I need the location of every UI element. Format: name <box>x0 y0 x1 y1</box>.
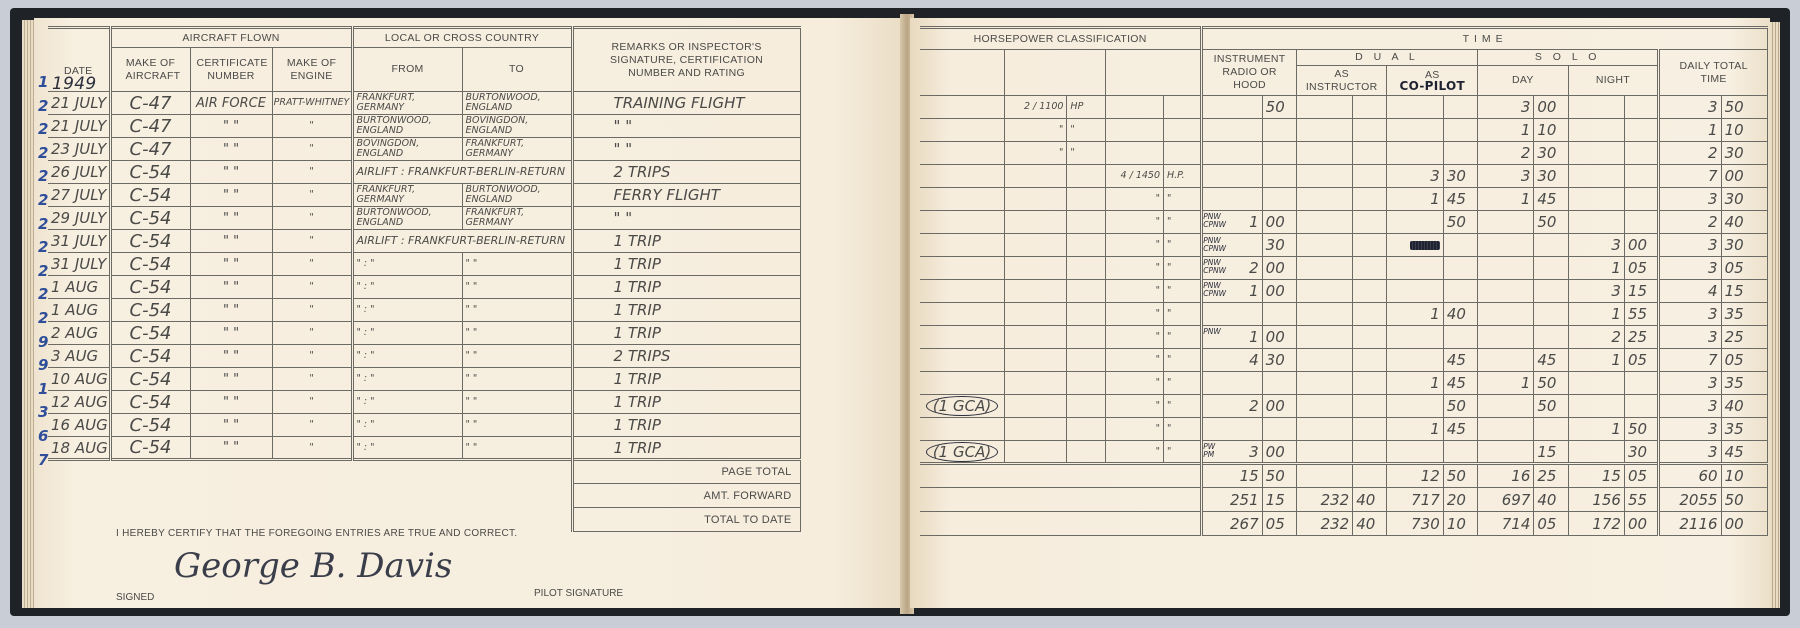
instrument-note: PNW CPNW <box>1203 237 1227 253</box>
cop-h-cell <box>1387 96 1443 119</box>
to-cell: BURTONWOOD, ENGLAND <box>462 92 572 115</box>
tot-h-cell: 3 <box>1659 188 1721 211</box>
hp-a-unit-cell <box>1067 211 1105 234</box>
hp-a-cell <box>1005 326 1067 349</box>
flight-entry-row: 3 AUGC-54" """ : "" "2 TRIPS <box>48 345 800 368</box>
instr-h-cell <box>1296 326 1352 349</box>
cop-h-cell <box>1387 326 1443 349</box>
time-entry-row: ""PNW CPNW1005050240 <box>920 211 1768 234</box>
cop-m-cell <box>1443 119 1477 142</box>
cop-m-cell <box>1443 234 1477 257</box>
engine-cell: " <box>272 437 352 460</box>
hp-b-unit-cell: " <box>1164 303 1202 326</box>
amt-forward-tot-h: 2055 <box>1659 488 1721 512</box>
right-page: HORSEPOWER CLASSIFICATION TIME INSTRUMEN… <box>910 18 1770 608</box>
night-h-cell: 1 <box>1568 303 1624 326</box>
certificate-cell: " " <box>190 138 272 161</box>
hp-b-cell: " <box>1105 418 1163 441</box>
day-h-cell <box>1478 234 1534 257</box>
cop-h-cell <box>1387 280 1443 303</box>
from-cell: AIRLIFT : FRANKFURT-BERLIN-RETURN <box>352 161 572 184</box>
hp-a-unit-cell: HP <box>1067 96 1105 119</box>
page-total-label: PAGE TOTAL <box>572 460 800 484</box>
flight-entry-row: 16 AUGC-54" """ : "" "1 TRIP <box>48 414 800 437</box>
aircraft-cell: C-54 <box>110 230 190 253</box>
flight-entry-row: 2 AUGC-54" """ : "" "1 TRIP <box>48 322 800 345</box>
amt-forward-day-h: 697 <box>1478 488 1534 512</box>
cop-h-cell <box>1387 395 1443 418</box>
amt-forward-instr-h: 232 <box>1296 488 1352 512</box>
certificate-cell: " " <box>190 437 272 460</box>
tot-m-cell: 45 <box>1721 441 1767 464</box>
remarks-cell: 1 TRIP <box>572 299 800 322</box>
aircraft-cell: C-54 <box>110 161 190 184</box>
instrument-hours: 2 <box>1249 259 1259 277</box>
from-cell: " : " <box>352 322 462 345</box>
inst-m-cell <box>1262 165 1296 188</box>
cop-m-cell <box>1443 257 1477 280</box>
total-to-date-tot-m: 00 <box>1721 512 1767 536</box>
inst-h-cell <box>1202 142 1262 165</box>
cop-m-cell: 45 <box>1443 418 1477 441</box>
cop-h-cell: 1 <box>1387 188 1443 211</box>
instr-m-cell <box>1353 257 1387 280</box>
aircraft-cell: C-54 <box>110 368 190 391</box>
hp-b-unit-cell: " <box>1164 395 1202 418</box>
instrument-hours: 1 <box>1249 282 1259 300</box>
inst-m-cell: 00 <box>1262 441 1296 464</box>
tot-h-cell: 4 <box>1659 280 1721 303</box>
instr-m-cell <box>1353 418 1387 441</box>
hp-note-cell <box>920 303 1005 326</box>
night-m-cell: 05 <box>1624 257 1658 280</box>
remarks-cell: TRAINING FLIGHT <box>572 92 800 115</box>
instr-h-cell <box>1296 395 1352 418</box>
instr-h-cell <box>1296 418 1352 441</box>
time-entry-row: ""4304545105705 <box>920 349 1768 372</box>
tot-m-cell: 35 <box>1721 418 1767 441</box>
total-to-date-instr-m: 40 <box>1353 512 1387 536</box>
certificate-cell: " " <box>190 161 272 184</box>
margin-tally-numbers: 12222222222991367 <box>38 73 52 474</box>
tot-m-cell: 35 <box>1721 303 1767 326</box>
engine-cell: " <box>272 299 352 322</box>
remarks-cell: 1 TRIP <box>572 437 800 460</box>
hp-a-unit-cell: " <box>1067 142 1105 165</box>
flight-entry-row: 12 AUGC-54" """ : "" "1 TRIP <box>48 391 800 414</box>
time-entry-row: ""140155335 <box>920 303 1768 326</box>
hp-a-cell <box>1005 211 1067 234</box>
night-h-cell <box>1568 165 1624 188</box>
hp-a-unit-cell <box>1067 165 1105 188</box>
hp-b-cell <box>1105 96 1163 119</box>
instr-h-cell <box>1296 165 1352 188</box>
total-to-date-night-m: 00 <box>1624 512 1658 536</box>
margin-number: 2 <box>38 262 52 286</box>
instrument-hours: 1 <box>1249 213 1259 231</box>
hp-note-cell <box>920 372 1005 395</box>
remarks-cell: 1 TRIP <box>572 276 800 299</box>
instr-m-cell <box>1353 211 1387 234</box>
cop-h-cell: 1 <box>1387 303 1443 326</box>
to-cell: FRANKFURT, GERMANY <box>462 207 572 230</box>
hp-b-cell: " <box>1105 349 1163 372</box>
inst-m-cell <box>1262 418 1296 441</box>
gca-note: (1 GCA) <box>926 442 998 462</box>
aircraft-flown-header: AIRCRAFT FLOWN <box>110 28 352 48</box>
engine-cell: " <box>272 368 352 391</box>
inst-h-cell: PNW CPNW <box>1202 234 1262 257</box>
inst-m-cell <box>1262 372 1296 395</box>
hp-note-cell: (1 GCA) <box>920 395 1005 418</box>
solo-header: S O L O <box>1478 50 1659 66</box>
engine-cell: " <box>272 253 352 276</box>
hp-b-unit-cell: " <box>1164 349 1202 372</box>
certification-statement: I HEREBY CERTIFY THAT THE FOREGOING ENTR… <box>116 528 517 539</box>
total-to-date-cop-m: 10 <box>1443 512 1477 536</box>
time-entry-row: ""145150335 <box>920 372 1768 395</box>
night-h-cell: 2 <box>1568 326 1624 349</box>
hp-b-unit-cell: " <box>1164 441 1202 464</box>
margin-number: 2 <box>38 144 52 168</box>
night-h-cell <box>1568 211 1624 234</box>
night-m-cell: 30 <box>1624 441 1658 464</box>
from-cell: " : " <box>352 368 462 391</box>
tot-h-cell: 3 <box>1659 303 1721 326</box>
amt-forward-instr-m: 40 <box>1353 488 1387 512</box>
instr-h-cell <box>1296 257 1352 280</box>
flight-entry-row: 29 JULYC-54" ""BURTONWOOD, ENGLANDFRANKF… <box>48 207 800 230</box>
date-cell: 12 AUG <box>48 391 110 414</box>
instr-h-cell <box>1296 188 1352 211</box>
certification-area <box>48 460 572 532</box>
time-entry-row: ""PNW100225325 <box>920 326 1768 349</box>
flight-entry-row: 31 JULYC-54" ""AIRLIFT : FRANKFURT-BERLI… <box>48 230 800 253</box>
time-entry-row: ""PNW CPNW30300330 <box>920 234 1768 257</box>
hp-b-unit-cell: " <box>1164 234 1202 257</box>
hp-b-cell: " <box>1105 372 1163 395</box>
hp-a-unit-cell <box>1067 234 1105 257</box>
certificate-number-header: CERTIFICATE NUMBER <box>190 48 272 92</box>
from-cell: AIRLIFT : FRANKFURT-BERLIN-RETURN <box>352 230 572 253</box>
certificate-cell: " " <box>190 299 272 322</box>
cop-h-cell <box>1387 234 1443 257</box>
hp-a-cell: 2 / 1100 <box>1005 96 1067 119</box>
hp-a-cell <box>1005 280 1067 303</box>
page-total-cop-h: 12 <box>1387 464 1443 488</box>
to-cell: " " <box>462 322 572 345</box>
to-cell: " " <box>462 391 572 414</box>
hp-note-cell <box>920 188 1005 211</box>
day-h-cell: 1 <box>1478 372 1534 395</box>
to-header: TO <box>462 48 572 92</box>
tot-m-cell: 30 <box>1721 142 1767 165</box>
flight-entry-row: 10 AUGC-54" """ : "" "1 TRIP <box>48 368 800 391</box>
certificate-cell: " " <box>190 368 272 391</box>
inst-h-cell: PW PM3 <box>1202 441 1262 464</box>
engine-cell: " <box>272 115 352 138</box>
day-m-cell: 45 <box>1534 349 1568 372</box>
night-h-cell: 1 <box>1568 257 1624 280</box>
margin-number: 7 <box>38 451 52 475</box>
hp-b-cell: " <box>1105 211 1163 234</box>
night-m-cell: 55 <box>1624 303 1658 326</box>
from-cell: BURTONWOOD, ENGLAND <box>352 207 462 230</box>
aircraft-cell: C-54 <box>110 437 190 460</box>
date-cell: 21 JULY <box>48 92 110 115</box>
day-m-cell: 10 <box>1534 119 1568 142</box>
page-total-inst-m: 50 <box>1262 464 1296 488</box>
as-copilot-header: AS CO-PILOT <box>1387 66 1478 96</box>
night-h-cell <box>1568 441 1624 464</box>
inst-m-cell: 30 <box>1262 349 1296 372</box>
margin-number: 2 <box>38 215 52 239</box>
inst-m-cell: 00 <box>1262 211 1296 234</box>
day-h-cell <box>1478 303 1534 326</box>
instr-m-cell <box>1353 234 1387 257</box>
to-cell: " " <box>462 414 572 437</box>
hp-b-cell: " <box>1105 395 1163 418</box>
engine-cell: " <box>272 207 352 230</box>
certificate-cell: " " <box>190 345 272 368</box>
tot-m-cell: 40 <box>1721 395 1767 418</box>
inst-m-cell: 00 <box>1262 326 1296 349</box>
inst-m-cell: 30 <box>1262 234 1296 257</box>
from-cell: " : " <box>352 414 462 437</box>
instrument-hours: 1 <box>1249 328 1259 346</box>
instrument-note: PNW <box>1203 328 1227 336</box>
day-h-cell <box>1478 441 1534 464</box>
night-m-cell: 15 <box>1624 280 1658 303</box>
as-instructor-header: AS INSTRUCTOR <box>1296 66 1387 96</box>
aircraft-cell: C-54 <box>110 345 190 368</box>
hp-a-unit-cell <box>1067 280 1105 303</box>
hp-b-unit-cell: " <box>1164 418 1202 441</box>
hp-a-cell: " <box>1005 119 1067 142</box>
flight-entry-row: 18 AUGC-54" """ : "" "1 TRIP <box>48 437 800 460</box>
instr-h-cell <box>1296 142 1352 165</box>
engine-cell: " <box>272 391 352 414</box>
aircraft-cell: C-54 <box>110 299 190 322</box>
instrument-note: PNW CPNW <box>1203 213 1227 229</box>
aircraft-cell: C-47 <box>110 138 190 161</box>
hp-b-cell <box>1105 142 1163 165</box>
date-cell: 3 AUG <box>48 345 110 368</box>
day-m-cell: 00 <box>1534 96 1568 119</box>
instr-m-cell <box>1353 142 1387 165</box>
instr-m-cell <box>1353 165 1387 188</box>
day-m-cell: 30 <box>1534 142 1568 165</box>
cop-h-cell <box>1387 142 1443 165</box>
total-to-date-cop-h: 730 <box>1387 512 1443 536</box>
to-cell: FRANKFURT, GERMANY <box>462 138 572 161</box>
certificate-cell: AIR FORCE <box>190 92 272 115</box>
certificate-cell: " " <box>190 230 272 253</box>
time-entry-row: ""PNW CPNW200105305 <box>920 257 1768 280</box>
cop-h-cell <box>1387 441 1443 464</box>
tot-m-cell: 50 <box>1721 96 1767 119</box>
from-cell: " : " <box>352 299 462 322</box>
cop-m-cell <box>1443 441 1477 464</box>
tot-m-cell: 05 <box>1721 349 1767 372</box>
hp-a-cell <box>1005 372 1067 395</box>
day-m-cell: 50 <box>1534 211 1568 234</box>
inst-m-cell: 00 <box>1262 280 1296 303</box>
hp-b-unit-cell: " <box>1164 257 1202 280</box>
inst-h-cell: 2 <box>1202 395 1262 418</box>
inst-h-cell: PNW1 <box>1202 326 1262 349</box>
instrument-hours: 3 <box>1249 443 1259 461</box>
remarks-cell: " " <box>572 207 800 230</box>
date-cell: 18 AUG <box>48 437 110 460</box>
tot-m-cell: 10 <box>1721 119 1767 142</box>
pilot-signature: George B. Davis <box>174 546 452 586</box>
instr-m-cell <box>1353 441 1387 464</box>
certificate-cell: " " <box>190 322 272 345</box>
amt-forward-cop-h: 717 <box>1387 488 1443 512</box>
night-m-cell <box>1624 372 1658 395</box>
cop-m-cell: 45 <box>1443 188 1477 211</box>
instrument-note: PNW CPNW <box>1203 259 1227 275</box>
hp-note-cell <box>920 257 1005 280</box>
remarks-cell: 2 TRIPS <box>572 345 800 368</box>
amt-forward-label: AMT. FORWARD <box>572 484 800 508</box>
hp-a-cell <box>1005 349 1067 372</box>
pilot-signature-label: PILOT SIGNATURE <box>534 588 623 599</box>
day-m-cell: 50 <box>1534 395 1568 418</box>
cop-m-cell <box>1443 326 1477 349</box>
aircraft-cell: C-54 <box>110 253 190 276</box>
instrument-header: INSTRUMENT RADIO OR HOOD <box>1202 50 1297 96</box>
inst-m-cell: 00 <box>1262 257 1296 280</box>
hp-b-cell: " <box>1105 441 1163 464</box>
flight-entry-row: 31 JULYC-54" """ : "" "1 TRIP <box>48 253 800 276</box>
engine-cell: " <box>272 414 352 437</box>
hp-a-cell <box>1005 303 1067 326</box>
cop-m-cell: 50 <box>1443 395 1477 418</box>
total-to-date-night-h: 172 <box>1568 512 1624 536</box>
tot-m-cell: 30 <box>1721 234 1767 257</box>
night-h-cell <box>1568 96 1624 119</box>
engine-cell: " <box>272 276 352 299</box>
date-cell: 23 JULY <box>48 138 110 161</box>
certificate-cell: " " <box>190 184 272 207</box>
hp-b-unit-cell: " <box>1164 372 1202 395</box>
tot-h-cell: 3 <box>1659 234 1721 257</box>
total-to-date-day-h: 714 <box>1478 512 1534 536</box>
cop-m-cell: 40 <box>1443 303 1477 326</box>
hp-b-cell: " <box>1105 280 1163 303</box>
night-h-cell <box>1568 188 1624 211</box>
hp-a-unit-cell <box>1067 303 1105 326</box>
tot-h-cell: 3 <box>1659 257 1721 280</box>
instrument-note: PNW CPNW <box>1203 282 1227 298</box>
margin-number: 2 <box>38 309 52 333</box>
remarks-header: REMARKS OR INSPECTOR'S SIGNATURE, CERTIF… <box>572 28 800 92</box>
hp-a-cell <box>1005 441 1067 464</box>
night-m-cell <box>1624 96 1658 119</box>
horsepower-header: HORSEPOWER CLASSIFICATION <box>920 28 1202 50</box>
amt-forward-tot-m: 50 <box>1721 488 1767 512</box>
engine-cell: " <box>272 230 352 253</box>
inst-h-cell: 4 <box>1202 349 1262 372</box>
daily-total-header: DAILY TOTAL TIME <box>1659 50 1768 96</box>
total-to-date-day-m: 05 <box>1534 512 1568 536</box>
inst-m-cell <box>1262 188 1296 211</box>
hp-b-cell: " <box>1105 234 1163 257</box>
from-cell: " : " <box>352 276 462 299</box>
tot-h-cell: 7 <box>1659 165 1721 188</box>
date-cell: 31 JULY <box>48 230 110 253</box>
margin-number: 2 <box>38 97 52 121</box>
certificate-cell: " " <box>190 253 272 276</box>
hp-b-cell <box>1105 119 1163 142</box>
hp-b-unit-cell: " <box>1164 326 1202 349</box>
night-h-cell: 1 <box>1568 418 1624 441</box>
cop-h-cell <box>1387 211 1443 234</box>
remarks-cell: 1 TRIP <box>572 253 800 276</box>
aircraft-cell: C-54 <box>110 184 190 207</box>
flight-entry-row: 1 AUGC-54" """ : "" "1 TRIP <box>48 299 800 322</box>
cop-m-cell <box>1443 280 1477 303</box>
cop-m-cell <box>1443 96 1477 119</box>
hp-b-unit-cell <box>1164 96 1202 119</box>
inst-m-cell <box>1262 303 1296 326</box>
remarks-cell: 2 TRIPS <box>572 161 800 184</box>
amt-forward-night-m: 55 <box>1624 488 1658 512</box>
tot-h-cell: 1 <box>1659 119 1721 142</box>
hp-b-unit-cell <box>1164 142 1202 165</box>
cop-h-cell: 3 <box>1387 165 1443 188</box>
to-cell: BOVINGDON, ENGLAND <box>462 115 572 138</box>
hp-b-cell: " <box>1105 303 1163 326</box>
instr-m-cell <box>1353 96 1387 119</box>
time-entry-row: (1 GCA)""PW PM3001530345 <box>920 441 1768 464</box>
inst-h-cell: PNW CPNW2 <box>1202 257 1262 280</box>
day-m-cell <box>1534 234 1568 257</box>
night-m-cell <box>1624 211 1658 234</box>
inst-m-cell <box>1262 119 1296 142</box>
tot-h-cell: 3 <box>1659 418 1721 441</box>
day-h-cell <box>1478 326 1534 349</box>
instr-m-cell <box>1353 326 1387 349</box>
tot-h-cell: 2 <box>1659 142 1721 165</box>
from-header: FROM <box>352 48 462 92</box>
to-cell: " " <box>462 276 572 299</box>
night-m-cell: 25 <box>1624 326 1658 349</box>
inst-m-cell: 50 <box>1262 96 1296 119</box>
to-cell: " " <box>462 368 572 391</box>
instr-h-cell <box>1296 349 1352 372</box>
inst-h-cell <box>1202 96 1262 119</box>
time-header: TIME <box>1202 28 1768 50</box>
day-h-cell: 2 <box>1478 142 1534 165</box>
tot-m-cell: 25 <box>1721 326 1767 349</box>
tot-m-cell: 35 <box>1721 372 1767 395</box>
engine-cell: " <box>272 322 352 345</box>
cop-h-cell <box>1387 349 1443 372</box>
flight-entry-row: 23 JULYC-47" ""BOVINGDON, ENGLANDFRANKFU… <box>48 138 800 161</box>
total-to-date-inst-m: 05 <box>1262 512 1296 536</box>
instr-h-cell <box>1296 372 1352 395</box>
hp-a-unit-cell <box>1067 188 1105 211</box>
night-h-cell <box>1568 372 1624 395</box>
remarks-cell: 1 TRIP <box>572 230 800 253</box>
date-cell: 21 JULY <box>48 115 110 138</box>
margin-number: 6 <box>38 427 52 451</box>
tot-h-cell: 3 <box>1659 441 1721 464</box>
hp-a-cell: " <box>1005 142 1067 165</box>
